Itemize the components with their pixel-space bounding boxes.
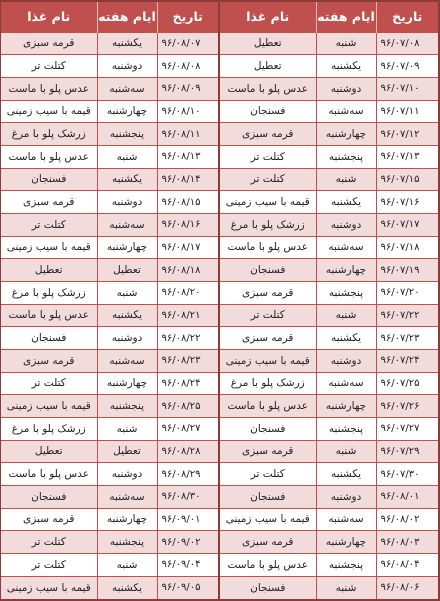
weekday-cell: شنبه [316,440,376,463]
date-cell: ۹۶/۰۷/۱۳ [376,145,438,168]
date-cell: ۹۶/۰۷/۰۹ [376,55,438,78]
table-row: ۹۶/۰۷/۱۶یکشنبهقیمه با سیب زمینی [220,191,438,214]
date-cell: ۹۶/۰۷/۲۷ [376,417,438,440]
date-cell: ۹۶/۰۷/۰۸ [376,32,438,55]
date-cell: ۹۶/۰۷/۲۶ [376,395,438,418]
date-cell: ۹۶/۰۸/۰۶ [376,576,438,599]
date-cell: ۹۶/۰۸/۱۳ [157,145,219,168]
table-row: ۹۶/۰۸/۰۹سه‌شنبهعدس پلو با ماست [1,77,219,100]
food-cell: عدس پلو با ماست [220,236,316,259]
weekday-cell: چهارشنبه [97,100,157,123]
date-cell: ۹۶/۰۸/۲۰ [157,281,219,304]
food-cell: کتلت تر [1,372,97,395]
table-row: ۹۶/۰۸/۲۱یکشنبهعدس پلو با ماست [1,304,219,327]
food-cell: قیمه با سیب زمینی [1,100,97,123]
date-cell: ۹۶/۰۸/۰۸ [157,55,219,78]
table-row: ۹۶/۰۸/۱۵دوشنبهقرمه سبزی [1,191,219,214]
menu-schedule: تاریخ ایام هفته نام غذا ۹۶/۰۷/۰۸شنبهتعطی… [0,0,440,601]
food-cell: قرمه سبزی [1,32,97,55]
food-cell: عدس پلو با ماست [1,304,97,327]
date-cell: ۹۶/۰۸/۲۱ [157,304,219,327]
food-cell: عدس پلو با ماست [1,145,97,168]
table-row: ۹۶/۰۷/۰۹یکشنبهتعطیل [220,55,438,78]
food-cell: کتلت تر [1,531,97,554]
weekday-cell: چهارشنبه [316,123,376,146]
date-cell: ۹۶/۰۸/۲۸ [157,440,219,463]
table-row: ۹۶/۰۸/۰۲سه‌شنبهقیمه با سیب زمینی [220,508,438,531]
weekday-cell: یکشنبه [97,32,157,55]
weekday-cell: پنجشنبه [316,553,376,576]
weekday-cell: دوشنبه [97,327,157,350]
date-cell: ۹۶/۰۹/۰۴ [157,553,219,576]
date-cell: ۹۶/۰۸/۲۷ [157,417,219,440]
weekday-cell: شنبه [316,168,376,191]
food-cell: قرمه سبزی [1,191,97,214]
food-cell: کتلت تر [220,304,316,327]
weekday-cell: یکشنبه [316,463,376,486]
weekday-cell: پنجشنبه [316,145,376,168]
table-row: ۹۶/۰۷/۱۱سه‌شنبهفسنجان [220,100,438,123]
weekday-cell: یکشنبه [97,168,157,191]
table-row: ۹۶/۰۷/۲۵سه‌شنبهزرشک پلو با مرغ [220,372,438,395]
food-cell: تعطیل [220,32,316,55]
date-cell: ۹۶/۰۷/۱۷ [376,213,438,236]
table-row: ۹۶/۰۸/۱۴یکشنبهفسنجان [1,168,219,191]
food-cell: تعطیل [1,259,97,282]
weekday-cell: یکشنبه [316,55,376,78]
weekday-cell: چهارشنبه [316,395,376,418]
date-cell: ۹۶/۰۸/۱۵ [157,191,219,214]
date-cell: ۹۶/۰۸/۱۱ [157,123,219,146]
table-row: ۹۶/۰۷/۲۶چهارشنبهعدس پلو با ماست [220,395,438,418]
food-cell: قرمه سبزی [220,327,316,350]
date-cell: ۹۶/۰۷/۲۳ [376,327,438,350]
table-row: ۹۶/۰۷/۳۰یکشنبهکتلت تر [220,463,438,486]
date-cell: ۹۶/۰۸/۲۹ [157,463,219,486]
date-cell: ۹۶/۰۷/۲۴ [376,349,438,372]
date-cell: ۹۶/۰۹/۰۲ [157,531,219,554]
food-cell: زرشک پلو با مرغ [1,281,97,304]
date-cell: ۹۶/۰۸/۲۲ [157,327,219,350]
weekday-cell: پنجشنبه [97,123,157,146]
date-cell: ۹۶/۰۸/۲۳ [157,349,219,372]
table-row: ۹۶/۰۸/۲۸تعطیلتعطیل [1,440,219,463]
food-cell: فسنجان [220,259,316,282]
table-row: ۹۶/۰۷/۱۲چهارشنبهقرمه سبزی [220,123,438,146]
weekday-cell: دوشنبه [316,485,376,508]
schedule-table-left: تاریخ ایام هفته نام غذا ۹۶/۰۸/۰۷یکشنبهقر… [1,2,220,599]
weekday-cell: چهارشنبه [97,372,157,395]
table-row: ۹۶/۰۸/۰۶شنبهفسنجان [220,576,438,599]
date-cell: ۹۶/۰۸/۳۰ [157,485,219,508]
header-row: تاریخ ایام هفته نام غذا [1,2,219,32]
food-cell: قیمه با سیب زمینی [1,395,97,418]
weekday-cell: سه‌شنبه [316,372,376,395]
table-row: ۹۶/۰۷/۲۲شنبهکتلت تر [220,304,438,327]
date-cell: ۹۶/۰۷/۲۰ [376,281,438,304]
weekday-cell: سه‌شنبه [316,508,376,531]
food-cell: قیمه با سیب زمینی [220,349,316,372]
weekday-cell: دوشنبه [97,191,157,214]
weekday-cell: یکشنبه [97,304,157,327]
food-cell: زرشک پلو با مرغ [220,213,316,236]
header-food: نام غذا [220,2,316,32]
weekday-cell: دوشنبه [316,213,376,236]
table-row: ۹۶/۰۸/۱۷چهارشنبهقیمه با سیب زمینی [1,236,219,259]
table-row: ۹۶/۰۷/۱۷دوشنبهزرشک پلو با مرغ [220,213,438,236]
weekday-cell: سه‌شنبه [97,349,157,372]
food-cell: زرشک پلو با مرغ [220,372,316,395]
date-cell: ۹۶/۰۸/۱۸ [157,259,219,282]
food-cell: عدس پلو با ماست [220,553,316,576]
weekday-cell: پنجشنبه [316,281,376,304]
date-cell: ۹۶/۰۷/۱۱ [376,100,438,123]
date-cell: ۹۶/۰۸/۱۴ [157,168,219,191]
weekday-cell: پنجشنبه [97,531,157,554]
food-cell: زرشک پلو با مرغ [1,123,97,146]
table-row: ۹۶/۰۸/۲۳سه‌شنبهقرمه سبزی [1,349,219,372]
table-row: ۹۶/۰۸/۲۵پنجشنبهقیمه با سیب زمینی [1,395,219,418]
weekday-cell: تعطیل [97,259,157,282]
food-cell: تعطیل [1,440,97,463]
table-row: ۹۶/۰۸/۱۸تعطیلتعطیل [1,259,219,282]
table-body: ۹۶/۰۷/۰۸شنبهتعطیل۹۶/۰۷/۰۹یکشنبهتعطیل۹۶/۰… [220,32,438,599]
table-row: ۹۶/۰۸/۰۸دوشنبهکتلت تر [1,55,219,78]
table-row: ۹۶/۰۹/۰۴شنبهکتلت تر [1,553,219,576]
date-cell: ۹۶/۰۸/۰۷ [157,32,219,55]
header-weekday: ایام هفته [316,2,376,32]
header-food: نام غذا [1,2,97,32]
table-row: ۹۶/۰۸/۱۳شنبهعدس پلو با ماست [1,145,219,168]
food-cell: قرمه سبزی [1,508,97,531]
table-row: ۹۶/۰۸/۲۷شنبهزرشک پلو با مرغ [1,417,219,440]
table-row: ۹۶/۰۷/۱۳پنجشنبهکتلت تر [220,145,438,168]
weekday-cell: چهارشنبه [316,259,376,282]
food-cell: فسنجان [220,485,316,508]
food-cell: فسنجان [1,327,97,350]
table-row: ۹۶/۰۸/۰۷یکشنبهقرمه سبزی [1,32,219,55]
weekday-cell: یکشنبه [316,191,376,214]
food-cell: کتلت تر [220,168,316,191]
food-cell: قرمه سبزی [220,281,316,304]
weekday-cell: شنبه [97,553,157,576]
weekday-cell: سه‌شنبه [316,100,376,123]
table-row: ۹۶/۰۷/۲۰پنجشنبهقرمه سبزی [220,281,438,304]
date-cell: ۹۶/۰۷/۳۰ [376,463,438,486]
food-cell: فسنجان [1,485,97,508]
date-cell: ۹۶/۰۸/۰۱ [376,485,438,508]
date-cell: ۹۶/۰۸/۰۴ [376,553,438,576]
weekday-cell: دوشنبه [97,463,157,486]
date-cell: ۹۶/۰۸/۲۴ [157,372,219,395]
date-cell: ۹۶/۰۷/۱۸ [376,236,438,259]
weekday-cell: دوشنبه [97,55,157,78]
weekday-cell: سه‌شنبه [97,213,157,236]
weekday-cell: شنبه [97,417,157,440]
date-cell: ۹۶/۰۸/۱۶ [157,213,219,236]
weekday-cell: شنبه [97,145,157,168]
food-cell: فسنجان [1,168,97,191]
date-cell: ۹۶/۰۸/۲۵ [157,395,219,418]
date-cell: ۹۶/۰۷/۱۵ [376,168,438,191]
table-row: ۹۶/۰۷/۱۰دوشنبهعدس پلو با ماست [220,77,438,100]
table-body: ۹۶/۰۸/۰۷یکشنبهقرمه سبزی۹۶/۰۸/۰۸دوشنبهکتل… [1,32,219,599]
weekday-cell: شنبه [97,281,157,304]
weekday-cell: شنبه [316,576,376,599]
table-row: ۹۶/۰۷/۱۵شنبهکتلت تر [220,168,438,191]
table-row: ۹۶/۰۸/۳۰سه‌شنبهفسنجان [1,485,219,508]
table-row: ۹۶/۰۹/۰۲پنجشنبهکتلت تر [1,531,219,554]
food-cell: قیمه با سیب زمینی [220,508,316,531]
table-row: ۹۶/۰۹/۰۵یکشنبهقیمه با سیب زمینی [1,576,219,599]
food-cell: کتلت تر [1,55,97,78]
weekday-cell: سه‌شنبه [316,236,376,259]
date-cell: ۹۶/۰۷/۲۲ [376,304,438,327]
food-cell: عدس پلو با ماست [220,395,316,418]
date-cell: ۹۶/۰۸/۰۲ [376,508,438,531]
food-cell: قیمه با سیب زمینی [1,576,97,599]
table-row: ۹۶/۰۷/۲۹شنبهقرمه سبزی [220,440,438,463]
weekday-cell: چهارشنبه [97,508,157,531]
table-row: ۹۶/۰۸/۲۴چهارشنبهکتلت تر [1,372,219,395]
table-row: ۹۶/۰۸/۰۳چهارشنبهقرمه سبزی [220,531,438,554]
table-row: ۹۶/۰۸/۰۱دوشنبهفسنجان [220,485,438,508]
food-cell: عدس پلو با ماست [1,463,97,486]
food-cell: فسنجان [220,576,316,599]
food-cell: قیمه با سیب زمینی [1,236,97,259]
food-cell: قیمه با سیب زمینی [220,191,316,214]
weekday-cell: شنبه [316,32,376,55]
date-cell: ۹۶/۰۸/۱۰ [157,100,219,123]
weekday-cell: سه‌شنبه [97,77,157,100]
weekday-cell: دوشنبه [316,349,376,372]
date-cell: ۹۶/۰۹/۰۱ [157,508,219,531]
table-row: ۹۶/۰۷/۱۸سه‌شنبهعدس پلو با ماست [220,236,438,259]
weekday-cell: سه‌شنبه [97,485,157,508]
table-row: ۹۶/۰۸/۲۹دوشنبهعدس پلو با ماست [1,463,219,486]
food-cell: کتلت تر [220,145,316,168]
table-row: ۹۶/۰۸/۱۰چهارشنبهقیمه با سیب زمینی [1,100,219,123]
date-cell: ۹۶/۰۷/۲۵ [376,372,438,395]
food-cell: فسنجان [220,417,316,440]
schedule-table-right: تاریخ ایام هفته نام غذا ۹۶/۰۷/۰۸شنبهتعطی… [220,2,438,599]
food-cell: قرمه سبزی [1,349,97,372]
weekday-cell: یکشنبه [97,576,157,599]
table-row: ۹۶/۰۸/۰۴پنجشنبهعدس پلو با ماست [220,553,438,576]
food-cell: زرشک پلو با مرغ [1,417,97,440]
weekday-cell: پنجشنبه [316,417,376,440]
header-row: تاریخ ایام هفته نام غذا [220,2,438,32]
weekday-cell: چهارشنبه [316,531,376,554]
date-cell: ۹۶/۰۹/۰۵ [157,576,219,599]
food-cell: تعطیل [220,55,316,78]
date-cell: ۹۶/۰۷/۱۰ [376,77,438,100]
food-cell: عدس پلو با ماست [220,77,316,100]
table-row: ۹۶/۰۸/۱۶سه‌شنبهکتلت تر [1,213,219,236]
date-cell: ۹۶/۰۷/۱۲ [376,123,438,146]
date-cell: ۹۶/۰۷/۱۶ [376,191,438,214]
table-row: ۹۶/۰۸/۲۰شنبهزرشک پلو با مرغ [1,281,219,304]
food-cell: کتلت تر [220,463,316,486]
table-row: ۹۶/۰۷/۲۷پنجشنبهفسنجان [220,417,438,440]
table-row: ۹۶/۰۷/۰۸شنبهتعطیل [220,32,438,55]
food-cell: قرمه سبزی [220,531,316,554]
weekday-cell: دوشنبه [316,77,376,100]
food-cell: عدس پلو با ماست [1,77,97,100]
date-cell: ۹۶/۰۸/۰۳ [376,531,438,554]
weekday-cell: تعطیل [97,440,157,463]
date-cell: ۹۶/۰۷/۲۹ [376,440,438,463]
table-row: ۹۶/۰۹/۰۱چهارشنبهقرمه سبزی [1,508,219,531]
table-row: ۹۶/۰۸/۲۲دوشنبهفسنجان [1,327,219,350]
table-row: ۹۶/۰۷/۲۳یکشنبهقرمه سبزی [220,327,438,350]
table-row: ۹۶/۰۸/۱۱پنجشنبهزرشک پلو با مرغ [1,123,219,146]
table-row: ۹۶/۰۷/۱۹چهارشنبهفسنجان [220,259,438,282]
weekday-cell: پنجشنبه [97,395,157,418]
weekday-cell: یکشنبه [316,327,376,350]
header-weekday: ایام هفته [97,2,157,32]
food-cell: کتلت تر [1,213,97,236]
header-date: تاریخ [376,2,438,32]
date-cell: ۹۶/۰۸/۰۹ [157,77,219,100]
date-cell: ۹۶/۰۷/۱۹ [376,259,438,282]
food-cell: فسنجان [220,100,316,123]
weekday-cell: شنبه [316,304,376,327]
table-row: ۹۶/۰۷/۲۴دوشنبهقیمه با سیب زمینی [220,349,438,372]
date-cell: ۹۶/۰۸/۱۷ [157,236,219,259]
header-date: تاریخ [157,2,219,32]
food-cell: کتلت تر [1,553,97,576]
weekday-cell: چهارشنبه [97,236,157,259]
food-cell: قرمه سبزی [220,123,316,146]
food-cell: قرمه سبزی [220,440,316,463]
